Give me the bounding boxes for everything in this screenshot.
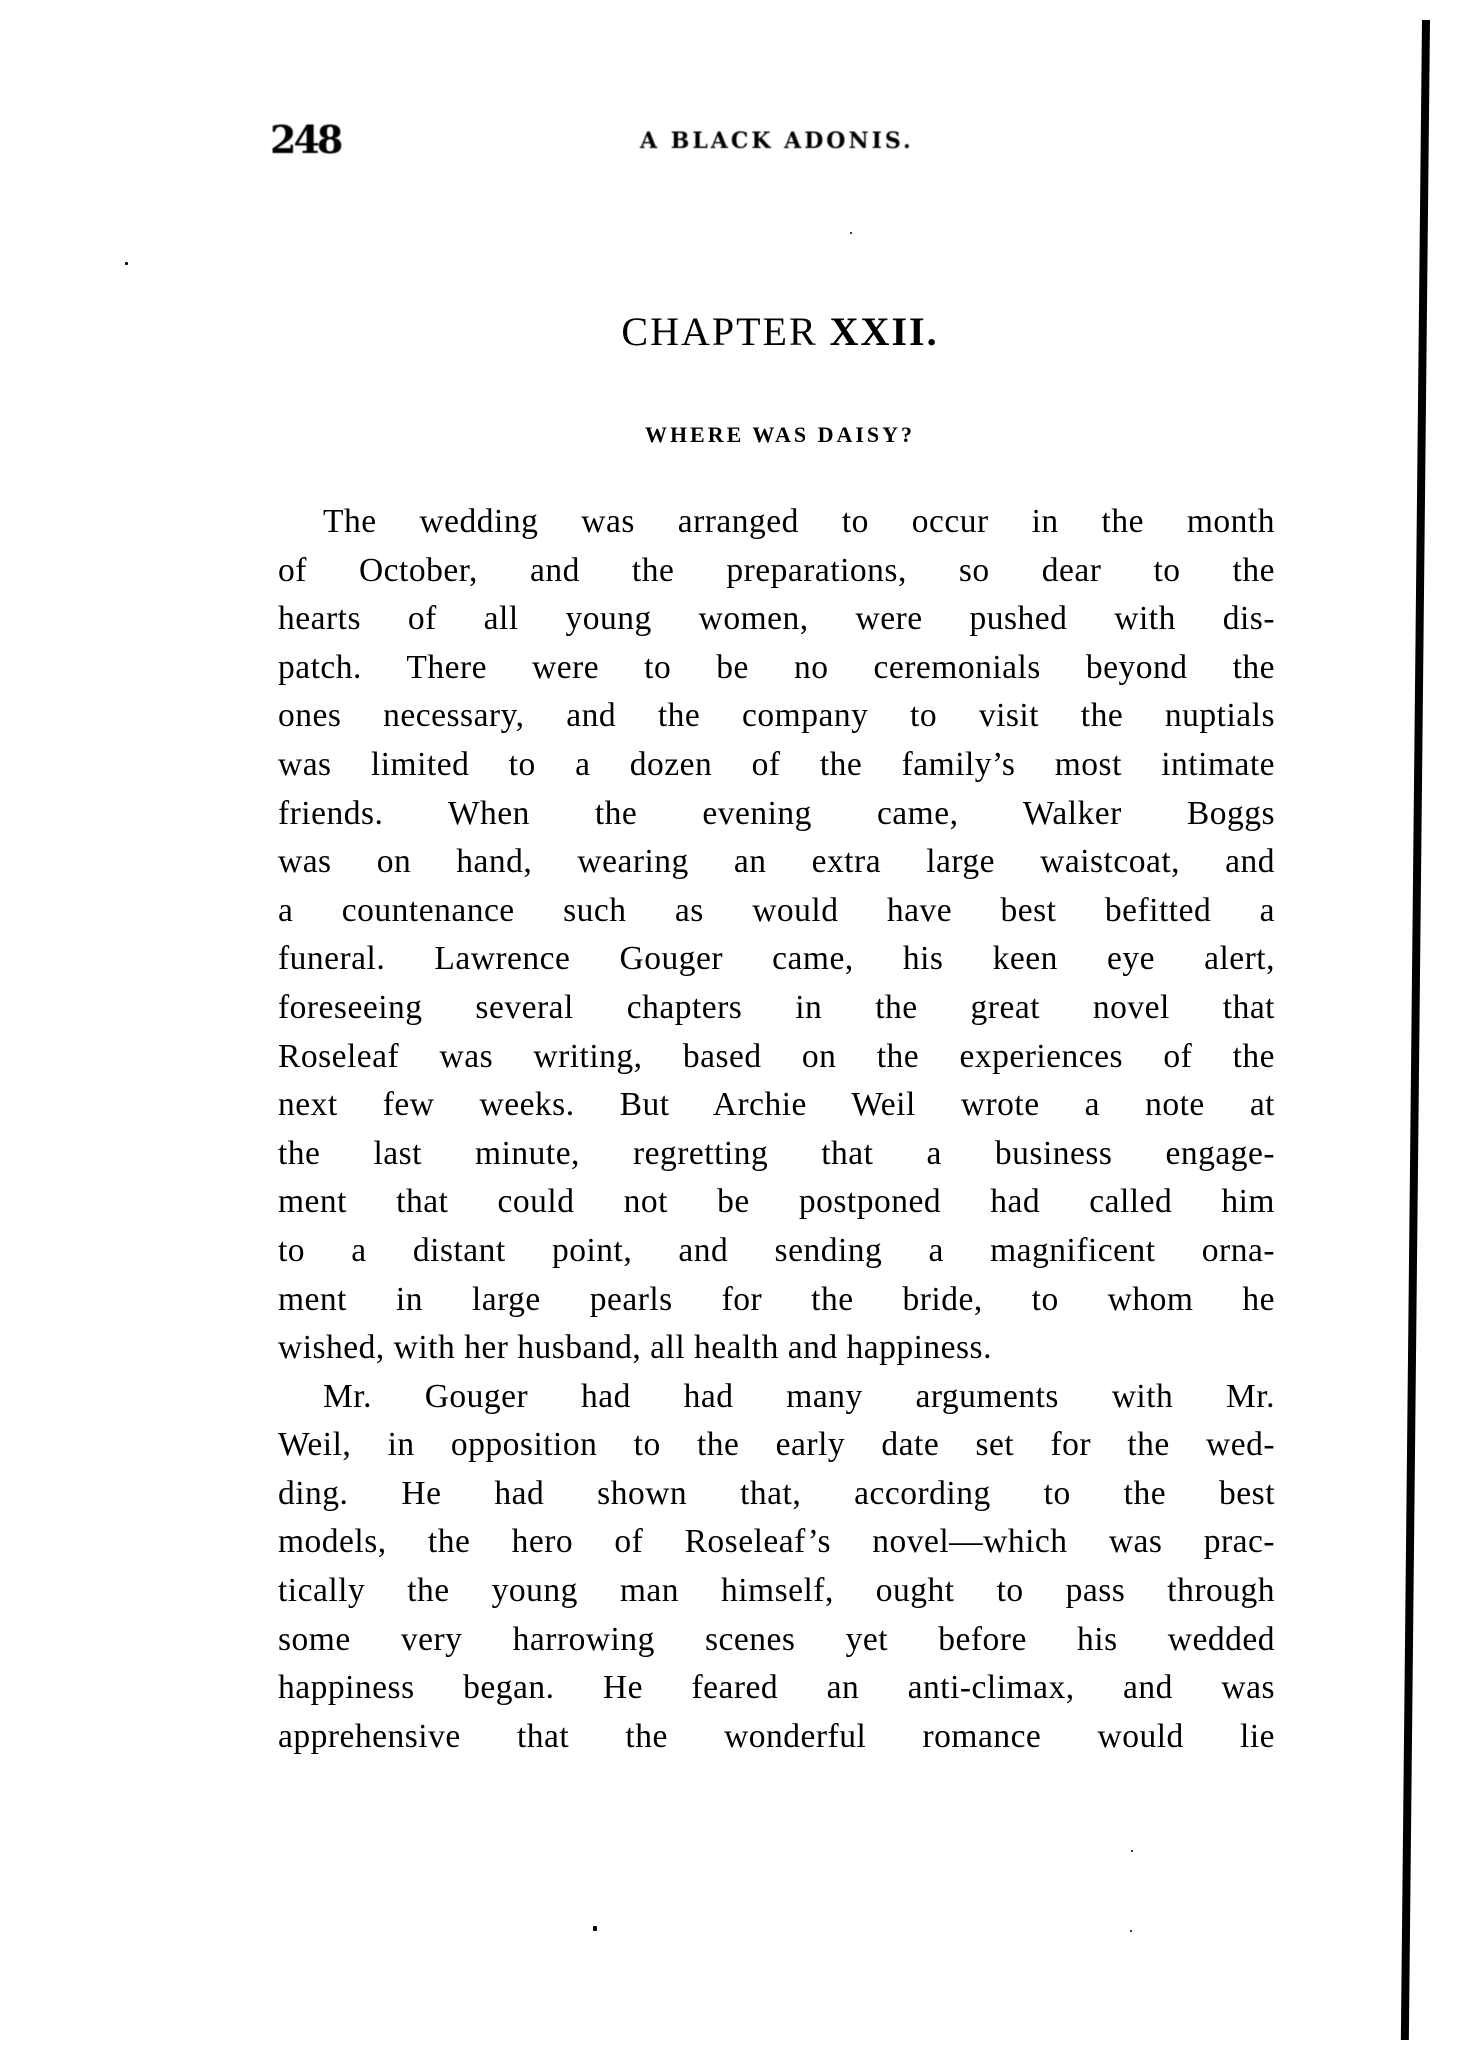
text-line: the last minute, regretting that a busin…	[278, 1130, 1275, 1179]
chapter-number: XXII.	[830, 309, 939, 354]
text-line: was limited to a dozen of the family’s m…	[278, 741, 1275, 790]
text-line: hearts of all young women, were pushed w…	[278, 595, 1275, 644]
text-line: to a distant point, and sending a magnif…	[278, 1227, 1275, 1276]
text-line: wished, with her husband, all health and…	[278, 1324, 1275, 1373]
text-line: models, the hero of Roseleaf’s novel—whi…	[278, 1518, 1275, 1567]
chapter-label: CHAPTER	[621, 309, 817, 354]
scan-speck	[1130, 1930, 1132, 1932]
text-line: was on hand, wearing an extra large wais…	[278, 838, 1275, 887]
running-title: A BLACK ADONIS.	[640, 126, 914, 156]
text-line: of October, and the preparations, so dea…	[278, 547, 1275, 596]
text-line: tically the young man himself, ought to …	[278, 1567, 1275, 1616]
text-line: a countenance such as would have best be…	[278, 887, 1275, 936]
scan-speck	[125, 262, 128, 265]
text-line: ding. He had shown that, according to th…	[278, 1470, 1275, 1519]
chapter-subtitle: WHERE WAS DAISY?	[0, 420, 1457, 450]
text-line: friends. When the evening came, Walker B…	[278, 790, 1275, 839]
scan-speck	[593, 1926, 597, 1931]
text-line: apprehensive that the wonderful romance …	[278, 1713, 1275, 1762]
text-line: Weil, in opposition to the early date se…	[278, 1421, 1275, 1470]
scan-speck	[850, 232, 852, 234]
book-page: 248 A BLACK ADONIS. CHAPTER XXII. WHERE …	[0, 0, 1457, 2052]
chapter-heading: CHAPTER XXII.	[0, 308, 1457, 356]
text-line: Roseleaf was writing, based on the exper…	[278, 1033, 1275, 1082]
text-line: ment that could not be postponed had cal…	[278, 1178, 1275, 1227]
text-line: funeral. Lawrence Gouger came, his keen …	[278, 935, 1275, 984]
body-text: The wedding was arranged to occur in the…	[278, 498, 1275, 1761]
page-number: 248	[270, 116, 340, 164]
text-line: foreseeing several chapters in the great…	[278, 984, 1275, 1033]
text-line: ones necessary, and the company to visit…	[278, 692, 1275, 741]
text-line: patch. There were to be no ceremonials b…	[278, 644, 1275, 693]
text-line: some very harrowing scenes yet before hi…	[278, 1616, 1275, 1665]
text-line: happiness began. He feared an anti-clima…	[278, 1664, 1275, 1713]
text-line: ment in large pearls for the bride, to w…	[278, 1276, 1275, 1325]
text-line: next few weeks. But Archie Weil wrote a …	[278, 1081, 1275, 1130]
text-line: The wedding was arranged to occur in the…	[278, 498, 1275, 547]
text-line: Mr. Gouger had had many arguments with M…	[278, 1373, 1275, 1422]
scan-speck	[1131, 1850, 1133, 1852]
running-header: 248 A BLACK ADONIS.	[270, 116, 1280, 166]
